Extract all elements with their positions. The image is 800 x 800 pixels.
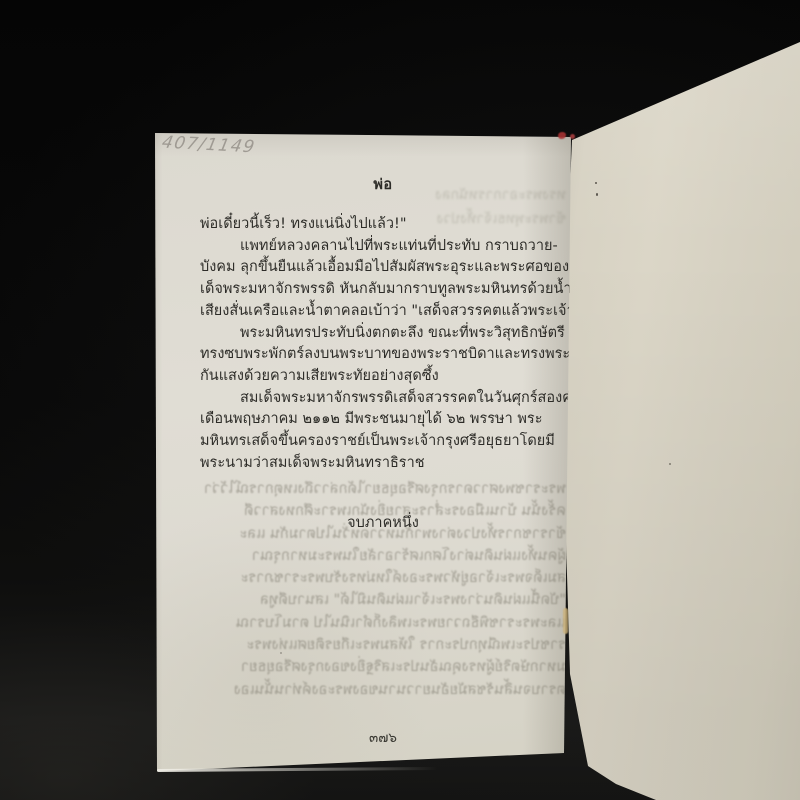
paper-speck <box>280 652 282 654</box>
text-line: สมเด็จพระมหาจักรพรรดิเสด็จสวรรคตในวันศุก… <box>200 388 566 410</box>
text-line: กันแสงด้วยความเสียพระทัยอย่างสุดซึ้ง <box>200 366 566 388</box>
bleed-through-line: "บัดนี้แผ่นดินว่างพระเจ้าแผ่นดินมิได้" เ… <box>194 589 566 611</box>
handwritten-annotation: 407/1149 <box>160 133 257 158</box>
paper-speck <box>596 193 598 196</box>
book-left-page: 407/1149 พ่อ ทรงพระอาการหนักลง ข้าพระพุท… <box>154 131 573 773</box>
red-ink-mark <box>570 134 575 139</box>
text-line: เด็จพระมหาจักรพรรดิ หันกลับมากราบทูลพระม… <box>200 279 566 301</box>
bleed-through-line: มหากษัตริย์ผู้ทรงคุณอันประเสริฐยิ่งของกร… <box>194 656 566 678</box>
paper-speck <box>595 182 597 184</box>
bleed-through-line: ตราบจนสิ้นรัชสมัยอันยาวนานของพระองค์ท่าน… <box>194 679 566 701</box>
text-line: บังคม ลุกขึ้นยืนแล้วเอื้อมมือไปสัมผัสพระ… <box>200 257 566 279</box>
gutter-stain <box>563 608 568 634</box>
text-line: มหินทรเสด็จขึ้นครองราชย์เป็นพระเจ้ากรุงศ… <box>200 431 566 453</box>
paper-speck <box>669 463 671 465</box>
book-photograph: 407/1149 พ่อ ทรงพระอาการหนักลง ข้าพระพุท… <box>0 0 800 800</box>
text-line: แพทย์หลวงคลานไปที่พระแท่นที่ประทับ กราบถ… <box>200 236 566 258</box>
text-line: พ่อเดี๋ยวนี้เร็ว! ทรงแน่นิ่งไปแล้ว!" <box>200 214 566 236</box>
book-right-page <box>558 38 800 800</box>
bleed-through-line: สมเด็จพระเจ้าอยู่หัวพระองค์ใหม่ทรงรับพระ… <box>194 567 566 589</box>
bleed-through-line: ผู้คนทั้งแผ่นดินต่างโศกเศร้าอาลัยในพระมห… <box>194 545 566 567</box>
text-line: เดือนพฤษภาคม ๒๑๑๒ มีพระชนมายุได้ ๖๒ พรรษ… <box>200 409 566 431</box>
bleed-through-line: ทรงพระอาการหนักลง <box>354 183 566 207</box>
text-line: เสียงสั่นเครือและน้ำตาคลอเบ้าว่า "เสด็จส… <box>200 301 566 323</box>
text-line: พระนามว่าสมเด็จพระมหินทราธิราช <box>200 453 566 475</box>
text-line: ทรงซบพระพักตร์ลงบนพระบาทของพระราชบิดาและ… <box>200 344 566 366</box>
page-number: ๓๗๖ <box>200 726 566 748</box>
end-of-part-label: จบภาคหนึ่ง <box>200 511 566 534</box>
bleed-through-line: และพระราชพิธีถวายพระเพลิงก็ดำเนินไป ตามโ… <box>194 612 566 634</box>
bleed-through-line: พระราชพงศาวดารกรุงศรีอยุธยาได้กล่าวถึงเห… <box>194 478 566 500</box>
page-edge-highlight <box>157 767 437 772</box>
body-text: พ่อเดี๋ยวนี้เร็ว! ทรงแน่นิ่งไปแล้ว!" แพท… <box>200 214 566 474</box>
bleed-through-line: ราชประเพณีทุกประการ ให้สมพระเกียรติยศแห่… <box>194 634 566 656</box>
text-line: พระมหินทรประทับนิ่งตกตะลึง ขณะที่พระวิสุ… <box>200 323 566 345</box>
